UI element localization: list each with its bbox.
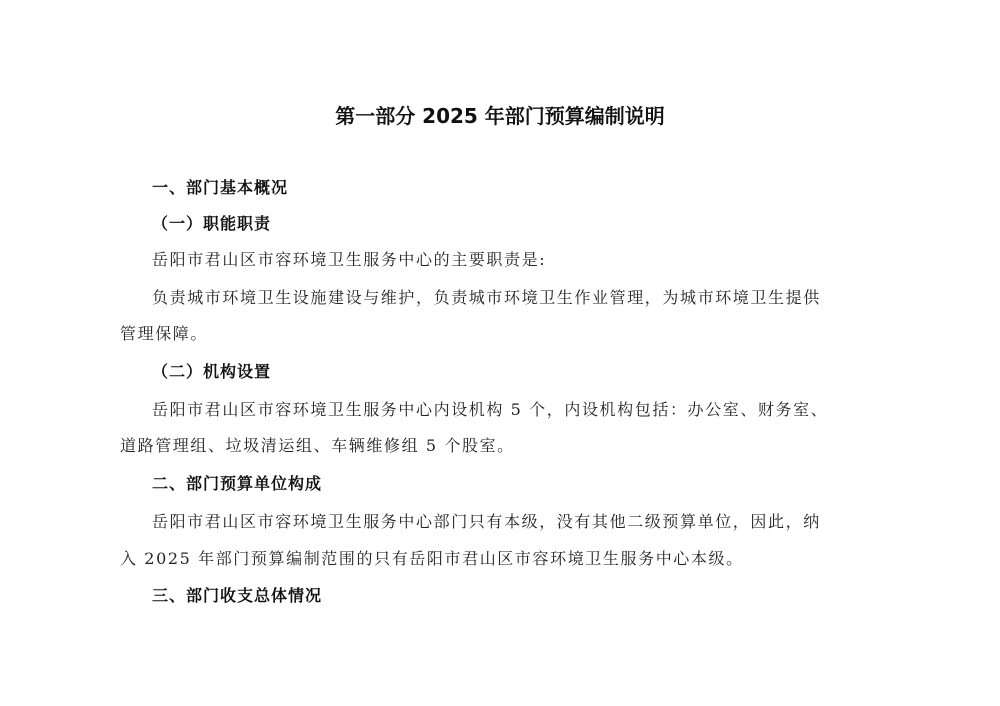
subsection-heading-1-1: （一）职能职责: [152, 212, 912, 236]
document-page: 第一部分 2025 年部门预算编制说明 一、部门基本概况 （一）职能职责 岳阳市…: [0, 0, 1000, 706]
paragraph-org-line-2: 道路管理组、垃圾清运组、车辆维修组 5 个股室。: [120, 434, 880, 458]
paragraph-duties-intro: 岳阳市君山区市容环境卫生服务中心的主要职责是:: [152, 248, 912, 272]
section-heading-3: 三、部门收支总体情况: [152, 584, 912, 608]
paragraph-duties-line-1: 负责城市环境卫生设施建设与维护，负责城市环境卫生作业管理，为城市环境卫生提供: [152, 286, 912, 310]
section-heading-1: 一、部门基本概况: [152, 176, 912, 200]
subsection-heading-1-2: （二）机构设置: [152, 360, 912, 384]
paragraph-units-line-2: 入 2025 年部门预算编制范围的只有岳阳市君山区市容环境卫生服务中心本级。: [120, 547, 880, 571]
paragraph-org-line-1: 岳阳市君山区市容环境卫生服务中心内设机构 5 个，内设机构包括：办公室、财务室、: [152, 398, 912, 422]
document-title: 第一部分 2025 年部门预算编制说明: [0, 100, 1000, 129]
paragraph-duties-line-2: 管理保障。: [120, 322, 880, 346]
paragraph-units-line-1: 岳阳市君山区市容环境卫生服务中心部门只有本级，没有其他二级预算单位，因此，纳: [152, 510, 912, 534]
section-heading-2: 二、部门预算单位构成: [152, 472, 912, 496]
